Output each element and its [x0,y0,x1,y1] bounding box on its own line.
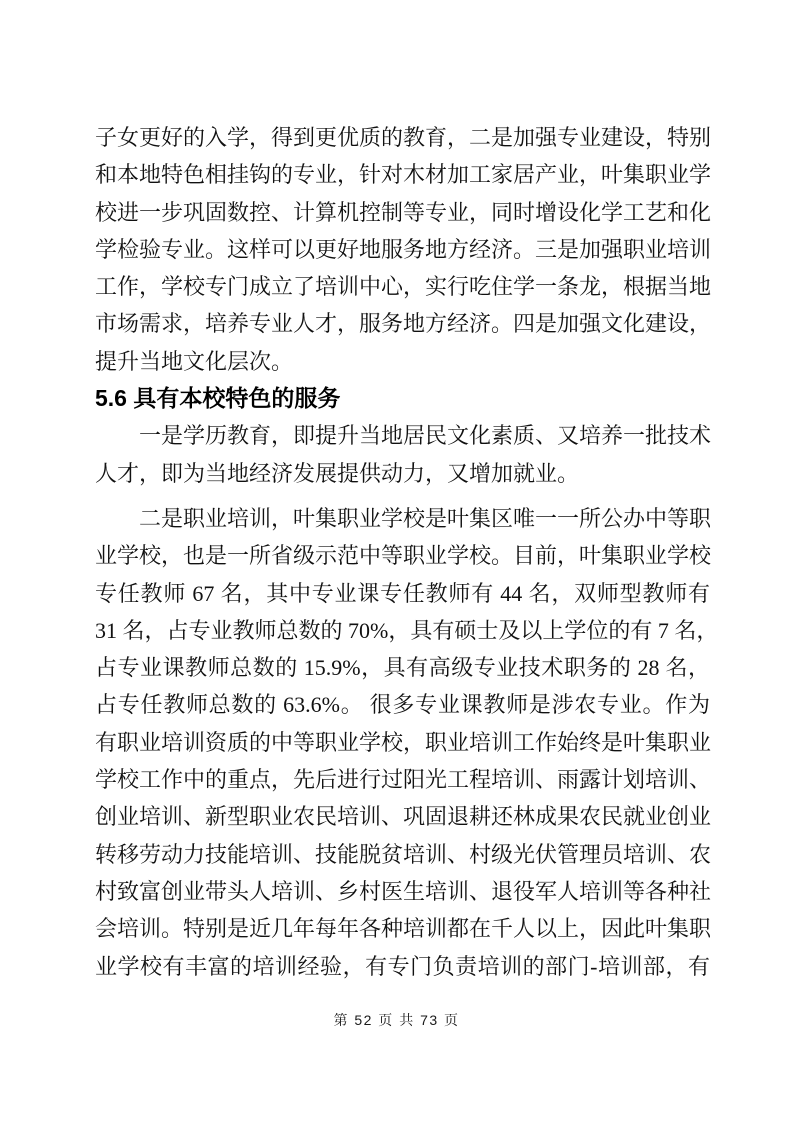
text-line: 创业培训、新型职业农民培训、巩固退耕还林成果农民就业创业 [95,798,710,835]
text-line: 工作，学校专门成立了培训中心，实行吃住学一条龙，根据当地 [95,268,710,305]
text-line: 占专业课教师总数的 15.9%，具有高级专业技术职务的 28 名， [95,649,710,686]
text-line: 提升当地文化层次。 [95,343,710,380]
text-line: 专任教师 67 名，其中专业课专任教师有 44 名，双师型教师有 [95,575,710,612]
text-line: 一是学历教育，即提升当地居民文化素质、又培养一批技术 [95,417,710,454]
document-page: 子女更好的入学，得到更优质的教育，二是加强专业建设，特别 和本地特色相挂钩的专业… [0,0,793,1122]
text-line: 二是职业培训，叶集职业学校是叶集区唯一一所公办中等职 [95,500,710,537]
text-line: 转移劳动力技能培训、技能脱贫培训、村级光伏管理员培训、农 [95,836,710,873]
text-line: 村致富创业带头人培训、乡村医生培训、退役军人培训等各种社 [95,873,710,910]
text-line: 子女更好的入学，得到更优质的教育，二是加强专业建设，特别 [95,119,710,156]
text-line: 有职业培训资质的中等职业学校，职业培训工作始终是叶集职业 [95,724,710,761]
text-line: 校进一步巩固数控、计算机控制等专业，同时增设化学工艺和化 [95,194,710,231]
page-number-footer: 第 52 页 共 73 页 [0,1010,793,1030]
text-line: 和本地特色相挂钩的专业，针对木材加工家居产业，叶集职业学 [95,156,710,193]
text-line: 业学校，也是一所省级示范中等职业学校。目前，叶集职业学校 [95,537,710,574]
section-heading-5-6: 5.6 具有本校特色的服务 [95,380,710,417]
text-line: 学检验专业。这样可以更好地服务地方经济。三是加强职业培训 [95,231,710,268]
text-line: 学校工作中的重点，先后进行过阳光工程培训、雨露计划培训、 [95,761,710,798]
text-line: 会培训。特别是近几年每年各种培训都在千人以上，因此叶集职 [95,910,710,947]
page-body-text: 子女更好的入学，得到更优质的教育，二是加强专业建设，特别 和本地特色相挂钩的专业… [95,119,710,985]
text-line: 占专任教师总数的 63.6%。 很多专业课教师是涉农专业。作为 [95,686,710,723]
text-line: 市场需求，培养专业人才，服务地方经济。四是加强文化建设， [95,305,710,342]
text-line: 31 名，占专业教师总数的 70%，具有硕士及以上学位的有 7 名， [95,612,710,649]
text-line: 业学校有丰富的培训经验，有专门负责培训的部门-培训部，有 [95,948,710,985]
text-line: 人才，即为当地经济发展提供动力，又增加就业。 [95,455,710,492]
